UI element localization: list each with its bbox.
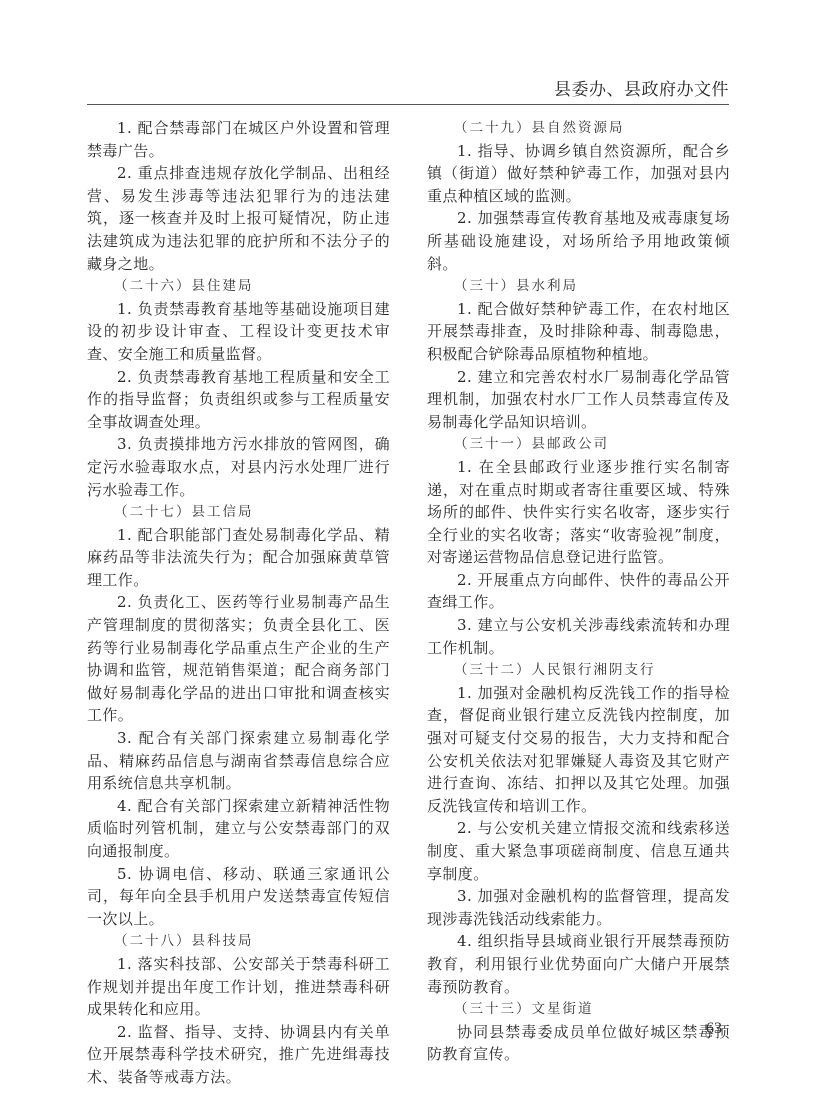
paragraph: 2. 与公安机关建立情报交流和线索移送制度、重大紧急事项磋商制度、信息互通共享制… (427, 817, 730, 885)
paragraph: 1. 在全县邮政行业逐步推行实名制寄递，对在重点时期或者寄往重要区域、特殊场所的… (427, 456, 730, 569)
paragraph: 1. 落实科技部、公安部关于禁毒科研工作规划并提出年度工作计划，推进禁毒科研成果… (87, 953, 390, 1021)
section-heading: （三十三）文星街道 (427, 998, 730, 1021)
page-number: 63 (706, 1020, 722, 1038)
right-column: （二十九）县自然资源局 1. 指导、协调乡镇自然资源所，配合乡镇（街道）做好禁种… (427, 117, 730, 1066)
paragraph: 1. 加强对金融机构反洗钱工作的指导检查，督促商业银行建立反洗钱内控制度，加强对… (427, 682, 730, 818)
paragraph: 1. 指导、协调乡镇自然资源所，配合乡镇（街道）做好禁种铲毒工作，加强对县内重点… (427, 140, 730, 208)
running-header: 县委办、县政府办文件 (87, 74, 729, 105)
header-title: 县委办、县政府办文件 (554, 75, 729, 100)
paragraph: 1. 负责禁毒教育基地等基础设施项目建设的初步设计审查、工程设计变更技术审查、安… (87, 298, 390, 366)
section-heading: （二十七）县工信局 (87, 501, 390, 524)
paragraph: 3. 建立与公安机关涉毒线索流转和办理工作机制。 (427, 614, 730, 659)
paragraph: 2. 负责化工、医药等行业易制毒产品生产管理制度的贯彻落实；负责全县化工、医药等… (87, 591, 390, 727)
paragraph: 协同县禁毒委成员单位做好城区禁毒预防教育宣传。 (427, 1021, 730, 1066)
section-heading: （三十）县水利局 (427, 275, 730, 298)
paragraph: 3. 负责摸排地方污水排放的管网图，确定污水验毒取水点，对县内污水处理厂进行污水… (87, 433, 390, 501)
section-heading: （三十二）人民银行湘阴支行 (427, 659, 730, 682)
paragraph: 4. 组织指导县域商业银行开展禁毒预防教育，利用银行业优势面向广大储户开展禁毒预… (427, 930, 730, 998)
left-column: 1. 配合禁毒部门在城区户外设置和管理禁毒广告。 2. 重点排查违规存放化学制品… (87, 117, 390, 1089)
paragraph: 1. 配合禁毒部门在城区户外设置和管理禁毒广告。 (87, 117, 390, 162)
paragraph: 2. 建立和完善农村水厂易制毒化学品管理机制，加强农村水厂工作人员禁毒宣传及易制… (427, 366, 730, 434)
paragraph: 1. 配合职能部门查处易制毒化学品、精麻药品等非法流失行为；配合加强麻黄草管理工… (87, 524, 390, 592)
section-heading: （三十一）县邮政公司 (427, 433, 730, 456)
paragraph: 2. 重点排查违规存放化学制品、出租经营、易发生涉毒等违法犯罪行为的违法建筑，逐… (87, 162, 390, 275)
paragraph: 2. 负责禁毒教育基地工程质量和安全工作的指导监督；负责组织或参与工程质量安全事… (87, 366, 390, 434)
section-heading: （二十六）县住建局 (87, 275, 390, 298)
paragraph: 3. 配合有关部门探索建立易制毒化学品、精麻药品信息与湖南省禁毒信息综合应用系统… (87, 727, 390, 795)
section-heading: （二十八）县科技局 (87, 930, 390, 953)
paragraph: 1. 配合做好禁种铲毒工作，在农村地区开展禁毒排查，及时排除种毒、制毒隐患，积极… (427, 298, 730, 366)
paragraph: 4. 配合有关部门探索建立新精神活性物质临时列管机制，建立与公安禁毒部门的双向通… (87, 795, 390, 863)
paragraph: 2. 监督、指导、支持、协调县内有关单位开展禁毒科学技术研究，推广先进缉毒技术、… (87, 1021, 390, 1089)
section-heading: （二十九）县自然资源局 (427, 117, 730, 140)
paragraph: 2. 加强禁毒宣传教育基地及戒毒康复场所基础设施建设，对场所给予用地政策倾斜。 (427, 207, 730, 275)
paragraph: 2. 开展重点方向邮件、快件的毒品公开查缉工作。 (427, 569, 730, 614)
paragraph: 5. 协调电信、移动、联通三家通讯公司，每年向全县手机用户发送禁毒宣传短信一次以… (87, 863, 390, 931)
paragraph: 3. 加强对金融机构的监督管理，提高发现涉毒洗钱活动线索能力。 (427, 885, 730, 930)
